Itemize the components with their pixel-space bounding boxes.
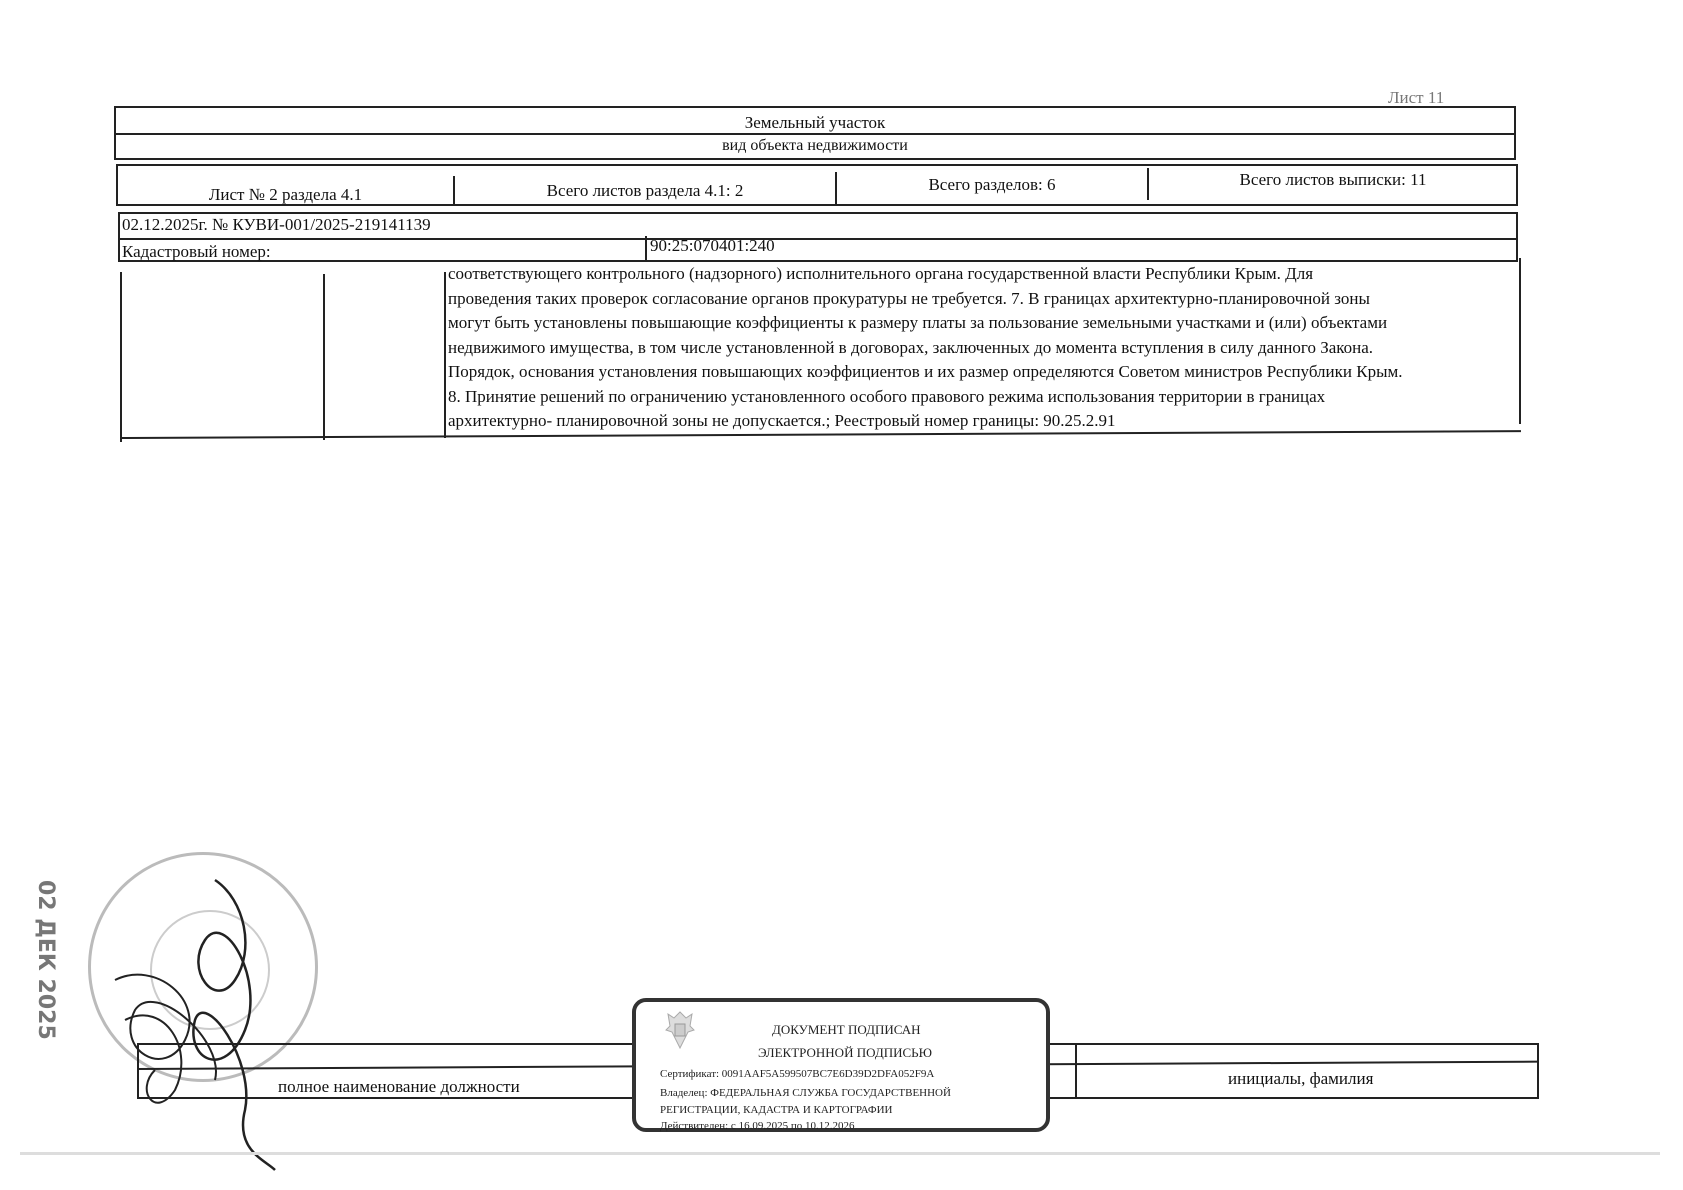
divider [118,238,1518,240]
table-col-divider [323,274,325,440]
text-line: соответствующего контрольного (надзорног… [448,262,1508,287]
cadastral-number: 90:25:070401:240 [650,236,775,256]
total-sheets-extract: Всего листов выписки: 11 [1149,170,1517,190]
divider [1075,1043,1077,1099]
text-line: 8. Принятие решений по ограничению устан… [448,385,1508,410]
restriction-text: соответствующего контрольного (надзорног… [448,262,1508,434]
object-type-caption: вид объекта недвижимости [114,137,1516,155]
divider [645,236,647,262]
esig-title-line2: ЭЛЕКТРОННОЙ ПОДПИСЬЮ [758,1045,932,1061]
object-type: Земельный участок [114,113,1516,133]
divider [114,133,1516,135]
date-stamp: 02 ДЕК 2025 [33,880,58,1040]
text-line: могут быть установлены повышающие коэффи… [448,311,1508,336]
table-col-divider [444,272,446,438]
text-line: проведения таких проверок согласование о… [448,287,1508,312]
text-line: Порядок, основания установления повышающ… [448,360,1508,385]
text-line: архитектурно- планировочной зоны не допу… [448,409,1508,434]
total-sheets-section: Всего листов раздела 4.1: 2 [455,181,835,201]
extract-reference: 02.12.2025г. № КУВИ-001/2025-219141139 [122,215,431,235]
table-border-right [1519,258,1521,424]
table-border-left [120,272,122,442]
cadastral-label: Кадастровый номер: [122,242,271,262]
esig-certificate: Сертификат: 0091AAF5A599507BC7E6D39D2DFA… [660,1068,934,1080]
handwritten-signature-icon [95,860,295,1180]
esig-owner-line1: Владелец: ФЕДЕРАЛЬНАЯ СЛУЖБА ГОСУДАРСТВЕ… [660,1087,951,1099]
scan-edge [20,1152,1660,1155]
total-sections: Всего разделов: 6 [837,175,1147,195]
sheet-of-section: Лист № 2 раздела 4.1 [118,185,453,205]
name-caption: инициалы, фамилия [1228,1069,1373,1089]
sheet-number: Лист 11 [1388,88,1444,108]
position-caption: полное наименование должности [278,1077,520,1097]
esig-owner-line2: РЕГИСТРАЦИИ, КАДАСТРА И КАРТОГРАФИИ [660,1104,892,1116]
esig-validity: Действителен: с 16.09.2025 по 10.12.2026 [660,1120,854,1132]
text-line: недвижимого имущества, в том числе устан… [448,336,1508,361]
esig-title-line1: ДОКУМЕНТ ПОДПИСАН [772,1022,921,1038]
coat-of-arms-icon [660,1008,700,1052]
